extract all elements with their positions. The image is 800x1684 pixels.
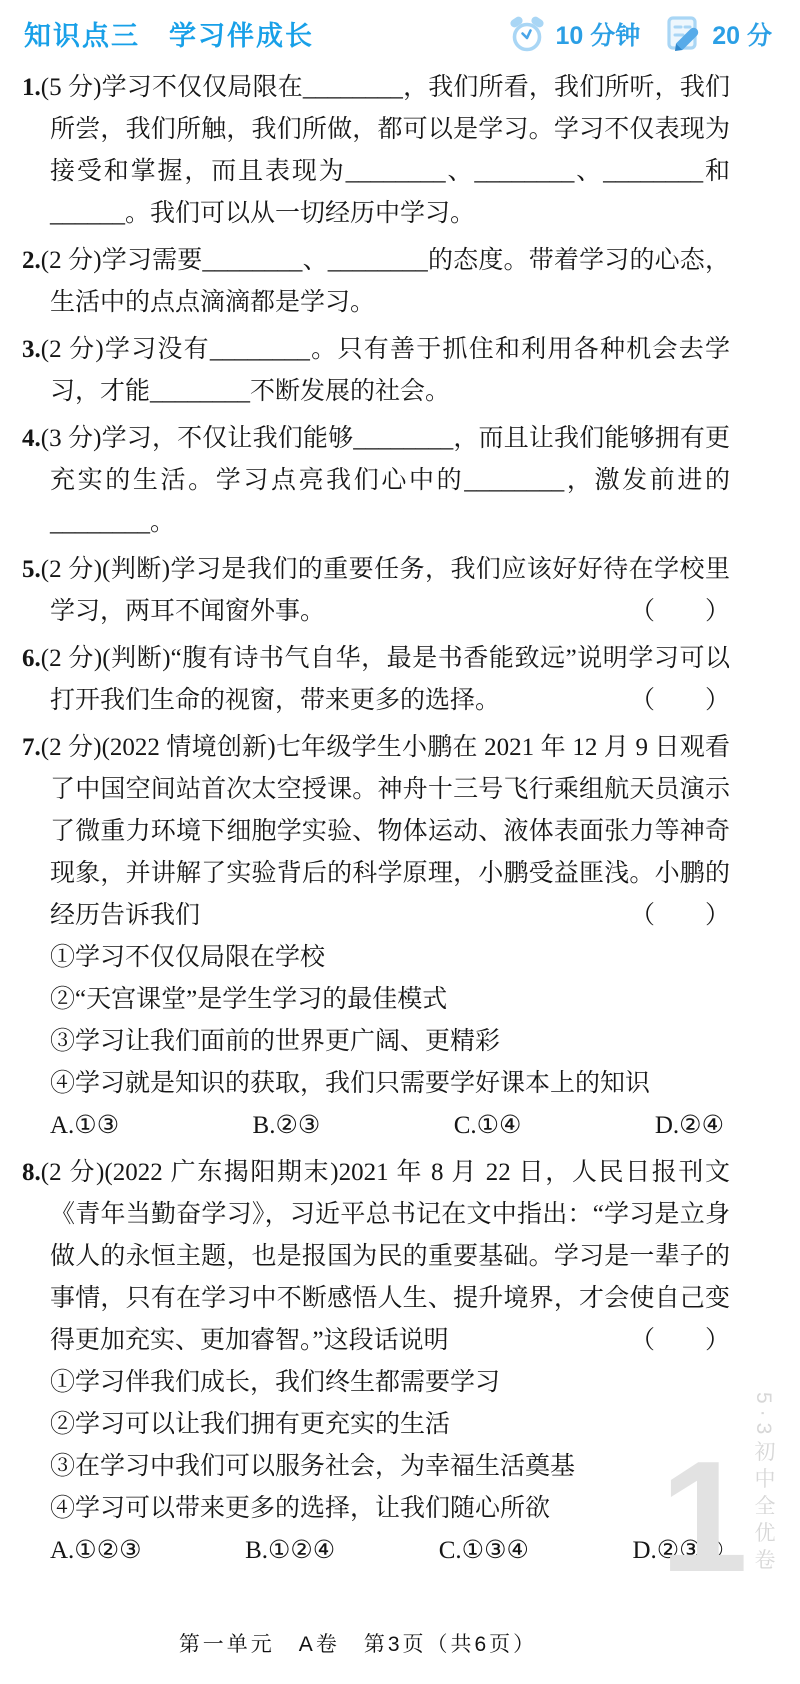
question-text: 4.(3 分)学习，不仅让我们能够________，而且让我们能够拥有更充实的生… <box>50 418 730 544</box>
question-4: 4.(3 分)学习，不仅让我们能够________，而且让我们能够拥有更充实的生… <box>22 418 730 544</box>
question-body: (2 分)(2022 广东揭阳期末)2021 年 8 月 22 日，人民日报刊文… <box>41 1159 730 1354</box>
question-8: 8.(2 分)(2022 广东揭阳期末)2021 年 8 月 22 日，人民日报… <box>22 1152 730 1572</box>
question-body: (2 分)(2022 情境创新)七年级学生小鹏在 2021 年 12 月 9 日… <box>41 734 730 929</box>
question-2: 2.(2 分)学习需要________、________的态度。带着学习的心态，… <box>22 240 730 324</box>
question-6: 6.(2 分)(判断)“腹有诗书气自华，最是书香能致远”说明学习可以打开我们生命… <box>22 638 730 722</box>
question-number: 6. <box>22 645 41 672</box>
knowledge-point-title: 知识点三 学习伴成长 <box>24 14 314 53</box>
choice-b: B.②③ <box>253 1105 321 1147</box>
question-text: 5.(2 分)(判断)学习是我们的重要任务，我们应该好好待在学校里学习，两耳不闻… <box>50 549 730 633</box>
question-body: (2 分)(判断)学习是我们的重要任务，我们应该好好待在学校里学习，两耳不闻窗外… <box>41 556 730 625</box>
question-1: 1.(5 分)学习不仅仅局限在________，我们所看，我们所听，我们所尝，我… <box>22 67 730 235</box>
question-number: 3. <box>22 336 41 363</box>
statement-item-2: ②“天宫课堂”是学生学习的最佳模式 <box>50 979 730 1021</box>
statement-item-4: ④学习可以带来更多的选择，让我们随心所欲 <box>50 1488 730 1530</box>
statement-item-1: ①学习不仅仅局限在学校 <box>50 937 730 979</box>
header-meta: 10 分钟 20 分 <box>507 15 772 53</box>
question-3: 3.(2 分)学习没有________。只有善于抓住和利用各种机会去学习，才能_… <box>22 329 730 413</box>
choice-a: A.①③ <box>50 1105 119 1147</box>
choice-d: D.②④ <box>655 1105 724 1147</box>
time-limit-label: 10 分钟 <box>555 16 640 52</box>
question-text: 8.(2 分)(2022 广东揭阳期末)2021 年 8 月 22 日，人民日报… <box>50 1152 730 1362</box>
question-number: 7. <box>22 734 41 761</box>
question-number: 2. <box>22 247 41 274</box>
question-text: 2.(2 分)学习需要________、________的态度。带着学习的心态，… <box>50 240 730 324</box>
statement-item-2: ②学习可以让我们拥有更充实的生活 <box>50 1404 730 1446</box>
total-score-label: 20 分 <box>712 16 772 52</box>
question-number: 1. <box>22 74 41 101</box>
question-number: 8. <box>22 1159 41 1186</box>
statement-item-3: ③在学习中我们可以服务社会，为幸福生活奠基 <box>50 1446 730 1488</box>
statement-item-4: ④学习就是知识的获取，我们只需要学好课本上的知识 <box>50 1063 730 1105</box>
question-number: 5. <box>22 556 41 583</box>
question-text: 6.(2 分)(判断)“腹有诗书气自华，最是书香能致远”说明学习可以打开我们生命… <box>50 638 730 722</box>
statement-item-1: ①学习伴我们成长，我们终生都需要学习 <box>50 1362 730 1404</box>
question-text: 7.(2 分)(2022 情境创新)七年级学生小鹏在 2021 年 12 月 9… <box>50 727 730 937</box>
pencil-paper-icon <box>666 15 704 53</box>
page-footer: 第一单元 A卷 第3页（共6页） <box>0 1628 716 1658</box>
worksheet-page: 知识点三 学习伴成长 10 分钟 <box>0 0 800 1684</box>
brand-vertical-text: 5·3初中全优卷 <box>748 1392 778 1575</box>
choice-b: B.①②④ <box>245 1530 335 1572</box>
choice-row: A.①②③ B.①②④ C.①③④ D.②③④ <box>50 1530 730 1572</box>
answer-bracket: （ ） <box>658 591 730 633</box>
choice-c: C.①④ <box>454 1105 522 1147</box>
answer-bracket: （ ） <box>658 680 730 722</box>
question-text: 3.(2 分)学习没有________。只有善于抓住和利用各种机会去学习，才能_… <box>50 329 730 413</box>
header: 知识点三 学习伴成长 10 分钟 <box>0 0 800 57</box>
alarm-clock-icon <box>507 15 547 53</box>
choice-a: A.①②③ <box>50 1530 142 1572</box>
question-5: 5.(2 分)(判断)学习是我们的重要任务，我们应该好好待在学校里学习，两耳不闻… <box>22 549 730 633</box>
question-text: 1.(5 分)学习不仅仅局限在________，我们所看，我们所听，我们所尝，我… <box>50 67 730 235</box>
choice-c: C.①③④ <box>439 1530 529 1572</box>
answer-bracket: （ ） <box>658 1320 730 1362</box>
statement-item-3: ③学习让我们面前的世界更广阔、更精彩 <box>50 1021 730 1063</box>
answer-bracket: （ ） <box>658 895 730 937</box>
question-body: (2 分)学习没有________。只有善于抓住和利用各种机会去学习，才能___… <box>41 336 730 405</box>
question-7: 7.(2 分)(2022 情境创新)七年级学生小鹏在 2021 年 12 月 9… <box>22 727 730 1147</box>
question-body: (2 分)学习需要________、________的态度。带着学习的心态，生活… <box>41 247 730 316</box>
question-body: (5 分)学习不仅仅局限在________，我们所看，我们所听，我们所尝，我们所… <box>41 74 730 227</box>
choice-row: A.①③ B.②③ C.①④ D.②④ <box>50 1105 730 1147</box>
question-body: (2 分)(判断)“腹有诗书气自华，最是书香能致远”说明学习可以打开我们生命的视… <box>41 645 730 714</box>
page-number-watermark: 1 <box>660 1438 748 1596</box>
question-list: 1.(5 分)学习不仅仅局限在________，我们所看，我们所听，我们所尝，我… <box>0 57 800 1572</box>
question-number: 4. <box>22 425 41 452</box>
question-body: (3 分)学习，不仅让我们能够________，而且让我们能够拥有更充实的生活。… <box>41 425 730 536</box>
